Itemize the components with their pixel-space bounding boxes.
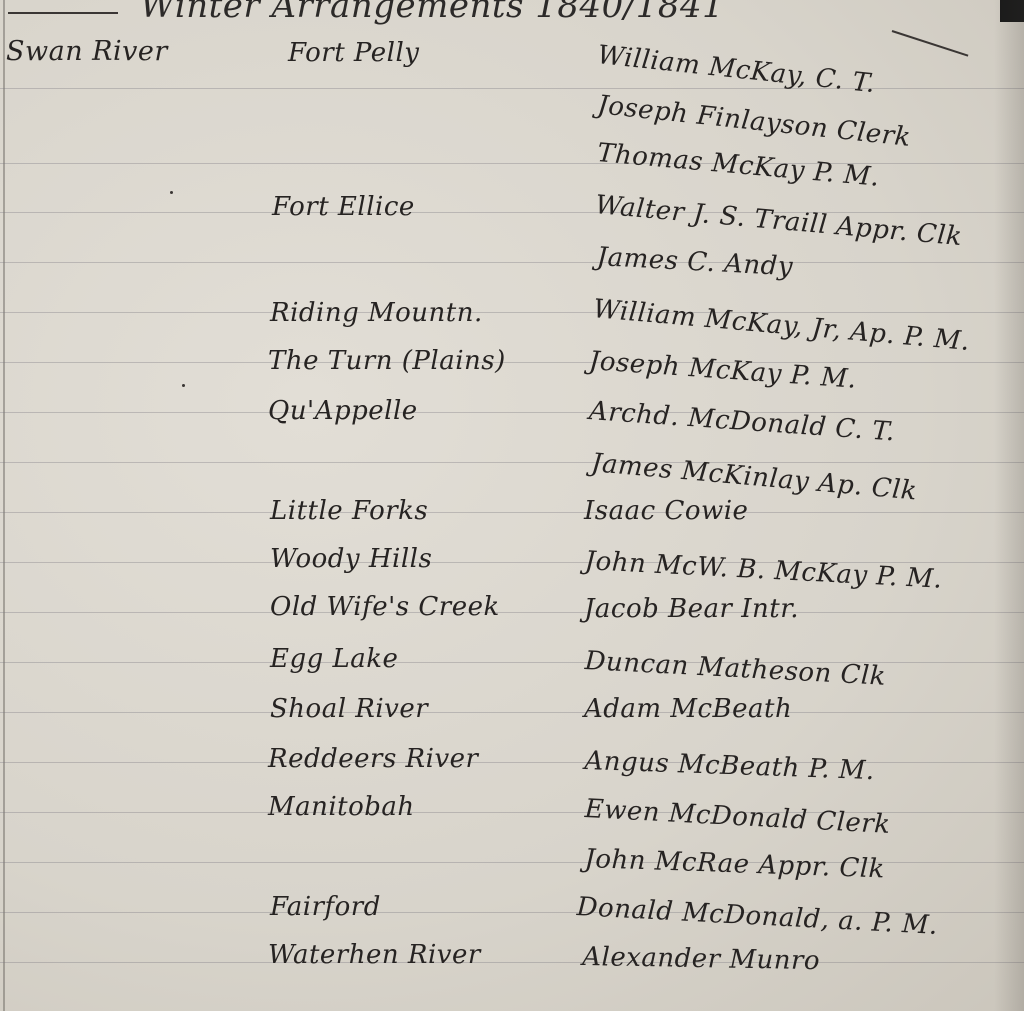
post-name: Manitobah [268, 792, 415, 822]
page-title: Winter Arrangements 1840/1841 [140, 0, 724, 26]
page-corner-shadow [1000, 0, 1024, 22]
post-name: Fairford [270, 892, 381, 922]
ruled-line [0, 712, 1024, 713]
person-name: James C. Andy [596, 242, 794, 282]
person-name: Jacob Bear Intr. [584, 594, 799, 624]
post-name: Riding Mountn. [270, 298, 483, 328]
title-underline-right [892, 30, 969, 57]
person-name: William McKay, C. T. [596, 40, 877, 99]
ruled-line [0, 612, 1024, 613]
post-name: Fort Ellice [272, 192, 415, 222]
ruled-line [0, 462, 1024, 463]
person-name: Joseph McKay P. M. [588, 346, 858, 395]
post-name: Waterhen River [268, 940, 481, 970]
ruled-line [0, 362, 1024, 363]
person-name: John McW. B. McKay P. M. [584, 546, 943, 595]
title-underline-left [8, 12, 118, 14]
district-name: Swan River [6, 36, 168, 67]
post-name: Egg Lake [270, 644, 398, 674]
ruled-line [0, 412, 1024, 413]
person-name: John McRae Appr. Clk [584, 844, 885, 884]
post-name: Shoal River [270, 694, 428, 724]
person-name: Donald McDonald, a. P. M. [576, 892, 939, 941]
margin-line [3, 0, 5, 1011]
person-name: Thomas McKay P. M. [596, 138, 881, 193]
person-name: Adam McBeath [584, 694, 792, 724]
ruled-line [0, 512, 1024, 513]
person-name: William McKay, Jr, Ap. P. M. [592, 294, 971, 357]
ruled-line [0, 962, 1024, 963]
post-name: Old Wife's Creek [270, 592, 500, 622]
post-name: Little Forks [270, 496, 428, 526]
ink-dot [182, 384, 185, 387]
ruled-line [0, 212, 1024, 213]
post-name: The Turn (Plains) [268, 346, 506, 376]
post-name: Woody Hills [270, 544, 432, 574]
person-name: Ewen McDonald Clerk [584, 794, 891, 840]
ruled-line [0, 312, 1024, 313]
person-name: Walter J. S. Traill Appr. Clk [594, 190, 963, 252]
person-name: Duncan Matheson Clk [584, 646, 887, 692]
person-name: Angus McBeath P. M. [584, 746, 875, 786]
post-name: Reddeers River [268, 744, 478, 774]
ledger-page: Winter Arrangements 1840/1841 Swan River… [0, 0, 1024, 1011]
person-name: Archd. McDonald C. T. [588, 396, 896, 447]
person-name: Isaac Cowie [584, 496, 748, 526]
post-name: Qu'Appelle [268, 396, 418, 426]
ink-dot [170, 191, 173, 194]
ruled-line [0, 262, 1024, 263]
post-name: Fort Pelly [288, 38, 419, 68]
person-name: Alexander Munro [582, 942, 820, 976]
